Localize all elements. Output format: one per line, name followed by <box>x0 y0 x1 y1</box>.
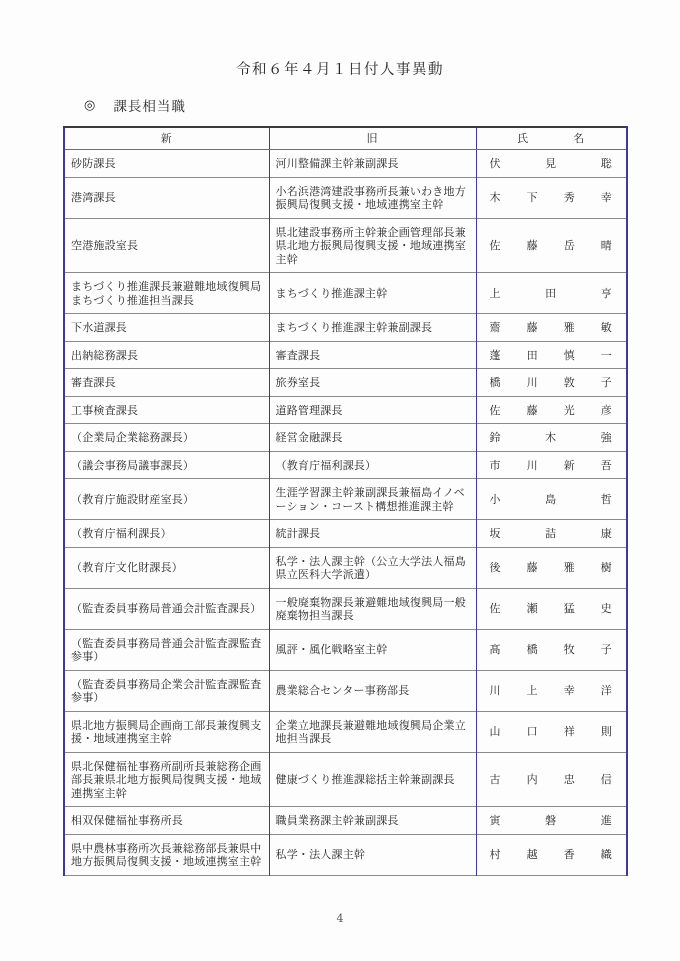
person-name: 橋川敦子 <box>477 376 627 390</box>
cell-name: 木下秀幸 <box>476 177 627 218</box>
person-name: 寅磐進 <box>477 814 627 828</box>
cell-old-position: 審査課長 <box>269 341 476 369</box>
table-row: （監査委員事務局普通会計監査課長）一般廃棄物課長兼避難地域復興局一般廃棄物担当課… <box>64 588 627 629</box>
cell-new-position: （監査委員事務局普通会計監査課監査参事） <box>64 629 269 670</box>
cell-name: 髙橋牧子 <box>476 629 627 670</box>
name-char: 哲 <box>601 493 612 507</box>
table-row: 港湾課長小名浜港湾建設事務所長兼いわき地方振興局復興支援・地域連携室主幹木下秀幸 <box>64 177 627 218</box>
header-name-first: 氏 <box>517 130 529 146</box>
name-char: 岳 <box>564 239 575 253</box>
cell-name: 小島哲 <box>476 479 627 520</box>
header-old: 旧 <box>269 127 476 150</box>
name-char: 信 <box>601 773 612 787</box>
cell-name: 鈴木強 <box>476 424 627 452</box>
name-char: 一 <box>601 349 612 363</box>
cell-new-position: まちづくり推進課長兼避難地域復興局まちづくり推進担当課長 <box>64 273 269 314</box>
cell-old-position: 道路管理課長 <box>269 396 476 424</box>
cell-new-position: 県北保健福祉事務所副所長兼総務企画部長兼県北地方振興局復興支援・地域連携室主幹 <box>64 752 269 807</box>
cell-name: 蓬田慎一 <box>476 341 627 369</box>
cell-name: 橋川敦子 <box>476 369 627 397</box>
cell-name: 佐藤岳晴 <box>476 218 627 273</box>
name-char: 口 <box>527 725 538 739</box>
name-char: 則 <box>601 725 612 739</box>
cell-new-position: （教育庁施設財産室長） <box>64 479 269 520</box>
name-char: 藤 <box>527 239 538 253</box>
name-char: 橋 <box>490 376 501 390</box>
name-char: 瀬 <box>527 602 538 616</box>
section-heading: ◎ 課長相当職 <box>84 95 186 115</box>
cell-old-position: 私学・法人課主幹 <box>269 834 476 875</box>
cell-new-position: 港湾課長 <box>64 177 269 218</box>
cell-name: 齋藤雅敏 <box>476 314 627 342</box>
name-char: 川 <box>527 459 538 473</box>
name-char: 蓬 <box>490 349 501 363</box>
cell-new-position: （監査委員事務局企業会計監査課監査参事） <box>64 670 269 711</box>
name-char: 敏 <box>601 321 612 335</box>
cell-new-position: （議会事務局議事課長） <box>64 451 269 479</box>
section-title: 課長相当職 <box>113 95 186 115</box>
name-char: 川 <box>527 376 538 390</box>
cell-new-position: （教育庁文化財課長） <box>64 547 269 588</box>
name-char: 牧 <box>564 643 575 657</box>
name-char: 秀 <box>564 191 575 205</box>
name-char: 見 <box>545 157 556 171</box>
name-char: 上 <box>527 684 538 698</box>
cell-old-position: 旅券室長 <box>269 369 476 397</box>
cell-old-position: 私学・法人課主幹（公立大学法人福島県立医科大学派遣） <box>269 547 476 588</box>
table-row: （教育庁文化財課長）私学・法人課主幹（公立大学法人福島県立医科大学派遣）後藤雅樹 <box>64 547 627 588</box>
header-name-second: 名 <box>573 130 585 146</box>
person-name: 髙橋牧子 <box>477 643 627 657</box>
cell-name: 川上幸洋 <box>476 670 627 711</box>
table-row: 審査課長旅券室長橋川敦子 <box>64 369 627 397</box>
name-char: 幸 <box>564 684 575 698</box>
cell-old-position: 河川整備課主幹兼副課長 <box>269 150 476 178</box>
name-char: 伏 <box>490 157 501 171</box>
table-row: 県北保健福祉事務所副所長兼総務企画部長兼県北地方振興局復興支援・地域連携室主幹健… <box>64 752 627 807</box>
name-char: 佐 <box>490 239 501 253</box>
name-char: 寅 <box>490 814 501 828</box>
cell-old-position: 農業総合センター事務部長 <box>269 670 476 711</box>
name-char: 康 <box>601 527 612 541</box>
cell-new-position: 審査課長 <box>64 369 269 397</box>
cell-name: 上田亨 <box>476 273 627 314</box>
cell-old-position: 風評・風化戦略室主幹 <box>269 629 476 670</box>
document-page: 令和６年４月１日付人事異動 ◎ 課長相当職 新 旧 氏名 砂防課長河川整備課主幹… <box>0 0 680 961</box>
name-char: 古 <box>490 773 501 787</box>
name-char: 強 <box>601 431 612 445</box>
name-char: 下 <box>527 191 538 205</box>
name-char: 藤 <box>527 321 538 335</box>
cell-old-position: 企業立地課長兼避難地域復興局企業立地担当課長 <box>269 711 476 752</box>
name-char: 光 <box>564 404 575 418</box>
cell-old-position: 県北建設事務所主幹兼企画管理部長兼県北地方振興局復興支援・地域連携室主幹 <box>269 218 476 273</box>
table-row: 出納総務課長審査課長蓬田慎一 <box>64 341 627 369</box>
cell-new-position: 県中農林事務所次長兼総務部長兼県中地方振興局復興支援・地域連携室主幹 <box>64 834 269 875</box>
name-char: 市 <box>490 459 501 473</box>
table-row: 県中農林事務所次長兼総務部長兼県中地方振興局復興支援・地域連携室主幹私学・法人課… <box>64 834 627 875</box>
name-char: 藤 <box>527 404 538 418</box>
table-row: 空港施設室長県北建設事務所主幹兼企画管理部長兼県北地方振興局復興支援・地域連携室… <box>64 218 627 273</box>
name-char: 忠 <box>564 773 575 787</box>
name-char: 島 <box>545 493 556 507</box>
document-title: 令和６年４月１日付人事異動 <box>0 58 680 79</box>
name-char: 織 <box>601 848 612 862</box>
cell-new-position: 下水道課長 <box>64 314 269 342</box>
person-name: 後藤雅樹 <box>477 561 627 575</box>
cell-new-position: （企業局企業総務課長） <box>64 424 269 452</box>
cell-old-position: 統計課長 <box>269 520 476 548</box>
name-char: 雅 <box>564 561 575 575</box>
cell-new-position: 県北地方振興局企画商工部長兼復興支援・地域連携室主幹 <box>64 711 269 752</box>
cell-old-position: まちづくり推進課主幹 <box>269 273 476 314</box>
name-char: 山 <box>490 725 501 739</box>
cell-old-position: 経営金融課長 <box>269 424 476 452</box>
cell-name: 伏見聡 <box>476 150 627 178</box>
cell-old-position: 一般廃棄物課長兼避難地域復興局一般廃棄物担当課長 <box>269 588 476 629</box>
cell-name: 佐藤光彦 <box>476 396 627 424</box>
cell-old-position: （教育庁福利課長） <box>269 451 476 479</box>
name-char: 田 <box>545 287 556 301</box>
name-char: 亨 <box>601 287 612 301</box>
table-row: 工事検査課長道路管理課長佐藤光彦 <box>64 396 627 424</box>
name-char: 子 <box>601 643 612 657</box>
table-row: まちづくり推進課長兼避難地域復興局まちづくり推進担当課長まちづくり推進課主幹上田… <box>64 273 627 314</box>
person-name: 蓬田慎一 <box>477 349 627 363</box>
cell-name: 佐瀬猛史 <box>476 588 627 629</box>
name-char: 詰 <box>545 527 556 541</box>
cell-new-position: 出納総務課長 <box>64 341 269 369</box>
cell-name: 村越香織 <box>476 834 627 875</box>
cell-old-position: 健康づくり推進課総括主幹兼副課長 <box>269 752 476 807</box>
name-char: 橋 <box>527 643 538 657</box>
name-char: 齋 <box>490 321 501 335</box>
table-row: 下水道課長まちづくり推進課主幹兼副課長齋藤雅敏 <box>64 314 627 342</box>
cell-new-position: （監査委員事務局普通会計監査課長） <box>64 588 269 629</box>
person-name: 古内忠信 <box>477 773 627 787</box>
table-row: 県北地方振興局企画商工部長兼復興支援・地域連携室主幹企業立地課長兼避難地域復興局… <box>64 711 627 752</box>
name-char: 史 <box>601 602 612 616</box>
table-row: （監査委員事務局普通会計監査課監査参事）風評・風化戦略室主幹髙橋牧子 <box>64 629 627 670</box>
name-char: 猛 <box>564 602 575 616</box>
person-name: 市川新吾 <box>477 459 627 473</box>
name-char: 吾 <box>601 459 612 473</box>
name-char: 木 <box>490 191 501 205</box>
name-char: 樹 <box>601 561 612 575</box>
table-header-row: 新 旧 氏名 <box>64 127 627 150</box>
name-char: 晴 <box>601 239 612 253</box>
name-char: 磐 <box>545 814 556 828</box>
cell-new-position: 相双保健福祉事務所長 <box>64 807 269 835</box>
personnel-table: 新 旧 氏名 砂防課長河川整備課主幹兼副課長伏見聡港湾課長小名浜港湾建設事務所長… <box>63 126 628 876</box>
cell-old-position: まちづくり推進課主幹兼副課長 <box>269 314 476 342</box>
cell-name: 山口祥則 <box>476 711 627 752</box>
person-name: 山口祥則 <box>477 725 627 739</box>
name-char: 聡 <box>601 157 612 171</box>
name-char: 村 <box>490 848 501 862</box>
table-row: （教育庁福利課長）統計課長坂詰康 <box>64 520 627 548</box>
person-name: 川上幸洋 <box>477 684 627 698</box>
name-char: 進 <box>601 814 612 828</box>
name-char: 新 <box>564 459 575 473</box>
name-char: 坂 <box>490 527 501 541</box>
name-char: 幸 <box>601 191 612 205</box>
person-name: 坂詰康 <box>477 527 627 541</box>
table-row: （監査委員事務局企業会計監査課監査参事）農業総合センター事務部長川上幸洋 <box>64 670 627 711</box>
cell-new-position: 工事検査課長 <box>64 396 269 424</box>
person-name: 伏見聡 <box>477 157 627 171</box>
cell-new-position: 砂防課長 <box>64 150 269 178</box>
cell-name: 寅磐進 <box>476 807 627 835</box>
name-char: 越 <box>527 848 538 862</box>
name-char: 雅 <box>564 321 575 335</box>
person-name: 村越香織 <box>477 848 627 862</box>
name-char: 藤 <box>527 561 538 575</box>
person-name: 佐藤光彦 <box>477 404 627 418</box>
cell-name: 古内忠信 <box>476 752 627 807</box>
table-row: （議会事務局議事課長）（教育庁福利課長）市川新吾 <box>64 451 627 479</box>
name-char: 上 <box>490 287 501 301</box>
cell-name: 後藤雅樹 <box>476 547 627 588</box>
cell-new-position: 空港施設室長 <box>64 218 269 273</box>
name-char: 小 <box>490 493 501 507</box>
person-name: 齋藤雅敏 <box>477 321 627 335</box>
name-char: 内 <box>527 773 538 787</box>
name-char: 子 <box>601 376 612 390</box>
person-name: 上田亨 <box>477 287 627 301</box>
header-new: 新 <box>64 127 269 150</box>
name-char: 祥 <box>564 725 575 739</box>
person-name: 佐藤岳晴 <box>477 239 627 253</box>
name-char: 洋 <box>601 684 612 698</box>
person-name: 木下秀幸 <box>477 191 627 205</box>
cell-name: 坂詰康 <box>476 520 627 548</box>
name-char: 木 <box>545 431 556 445</box>
cell-old-position: 小名浜港湾建設事務所長兼いわき地方振興局復興支援・地域連携室主幹 <box>269 177 476 218</box>
cell-name: 市川新吾 <box>476 451 627 479</box>
name-char: 川 <box>490 684 501 698</box>
name-char: 髙 <box>490 643 501 657</box>
table-body: 砂防課長河川整備課主幹兼副課長伏見聡港湾課長小名浜港湾建設事務所長兼いわき地方振… <box>64 150 627 876</box>
name-char: 敦 <box>564 376 575 390</box>
cell-new-position: （教育庁福利課長） <box>64 520 269 548</box>
name-char: 香 <box>564 848 575 862</box>
person-name: 小島哲 <box>477 493 627 507</box>
person-name: 佐瀬猛史 <box>477 602 627 616</box>
header-name: 氏名 <box>476 127 627 150</box>
page-number: 4 <box>0 912 680 925</box>
table-row: （教育庁施設財産室長）生涯学習課主幹兼副課長兼福島イノベーション・コースト構想推… <box>64 479 627 520</box>
name-char: 佐 <box>490 404 501 418</box>
person-name: 鈴木強 <box>477 431 627 445</box>
table-row: （企業局企業総務課長）経営金融課長鈴木強 <box>64 424 627 452</box>
name-char: 佐 <box>490 602 501 616</box>
double-circle-marker: ◎ <box>84 98 96 113</box>
name-char: 田 <box>527 349 538 363</box>
name-char: 後 <box>490 561 501 575</box>
cell-old-position: 職員業務課主幹兼副課長 <box>269 807 476 835</box>
table-row: 砂防課長河川整備課主幹兼副課長伏見聡 <box>64 150 627 178</box>
name-char: 慎 <box>564 349 575 363</box>
name-char: 彦 <box>601 404 612 418</box>
cell-old-position: 生涯学習課主幹兼副課長兼福島イノベーション・コースト構想推進課主幹 <box>269 479 476 520</box>
table-row: 相双保健福祉事務所長職員業務課主幹兼副課長寅磐進 <box>64 807 627 835</box>
name-char: 鈴 <box>490 431 501 445</box>
